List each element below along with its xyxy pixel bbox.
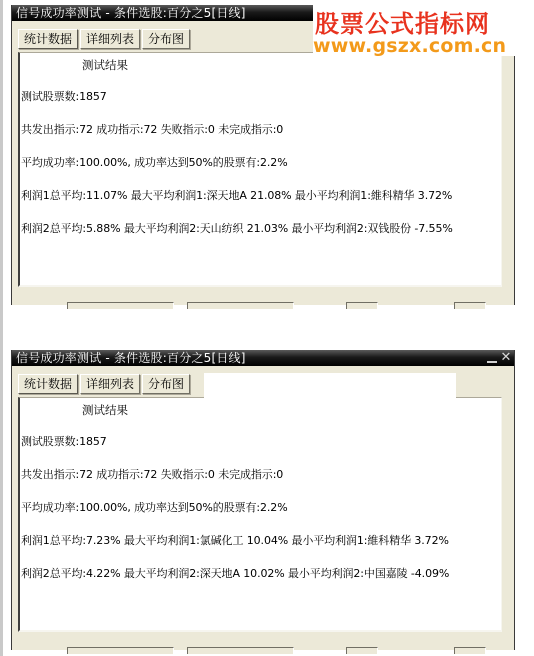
button-bar [12,632,514,650]
bottom-button-1[interactable] [67,647,174,654]
signals-summary-text: 共发出指示:72 成功指示:72 失败指示:0 未完成指示:0 [21,466,283,482]
stock-count-text: 测试股票数:1857 [21,88,107,104]
window-title: 信号成功率测试 - 条件选股:百分之5[日线] [16,351,246,365]
bottom-button-3[interactable] [346,647,378,654]
profit1-summary-text: 利润1总平均:7.23% 最大平均利润1:氯碱化工 10.04% 最小平均利润1… [21,532,449,548]
success-rate-text: 平均成功率:100.00%, 成功率达到50%的股票有:2.2% [21,499,288,515]
profit1-summary-text: 利润1总平均:11.07% 最大平均利润1:深天地A 21.08% 最小平均利润… [21,187,452,203]
tab-distribution-chart[interactable]: 分布图 [142,29,190,49]
signals-summary-text: 共发出指示:72 成功指示:72 失败指示:0 未完成指示:0 [21,121,283,137]
occlusion-patch [204,373,456,403]
tab-detail-list[interactable]: 详细列表 [80,374,140,394]
button-bar [12,287,514,305]
watermark-site-name: 股票公式指标网 [315,4,490,39]
watermark-site-url: www.gszx.com.cn [313,35,506,57]
success-rate-text: 平均成功率:100.00%, 成功率达到50%的股票有:2.2% [21,154,288,170]
result-panel: 测试结果 测试股票数:1857 共发出指示:72 成功指示:72 失败指示:0 … [18,397,502,632]
profit2-summary-text: 利润2总平均:4.22% 最大平均利润2:深天地A 10.02% 最小平均利润2… [21,565,449,581]
bottom-button-1[interactable] [67,302,174,309]
tab-statistics[interactable]: 统计数据 [18,29,78,49]
result-heading: 测试结果 [82,402,128,418]
window-frame-right [506,21,514,305]
result-panel: 测试结果 测试股票数:1857 共发出指示:72 成功指示:72 失败指示:0 … [18,52,502,287]
tab-bar: 统计数据 详细列表 分布图 [18,29,190,49]
window-title-bar[interactable]: 信号成功率测试 - 条件选股:百分之5[日线] ✕ [12,350,514,366]
bottom-button-4[interactable] [454,302,486,309]
minimize-button[interactable] [486,351,498,365]
page-left-border [0,0,3,656]
stock-count-text: 测试股票数:1857 [21,433,107,449]
tab-statistics[interactable]: 统计数据 [18,374,78,394]
profit2-summary-text: 利润2总平均:5.88% 最大平均利润2:天山纺织 21.03% 最小平均利润2… [21,220,453,236]
watermark-logo: 股票公式指标网 www.gszx.com.cn [313,4,528,56]
window-frame-right [506,366,514,650]
close-button[interactable]: ✕ [500,351,512,365]
tab-detail-list[interactable]: 详细列表 [80,29,140,49]
result-heading: 测试结果 [82,57,128,73]
tab-bar: 统计数据 详细列表 分布图 [18,374,190,394]
bottom-button-2[interactable] [187,647,294,654]
close-icon: ✕ [500,350,511,365]
bottom-button-2[interactable] [187,302,294,309]
window-title: 信号成功率测试 - 条件选股:百分之5[日线] [16,6,246,20]
bottom-button-3[interactable] [346,302,378,309]
bottom-button-4[interactable] [454,647,486,654]
tab-distribution-chart[interactable]: 分布图 [142,374,190,394]
window-controls: ✕ [486,350,512,366]
